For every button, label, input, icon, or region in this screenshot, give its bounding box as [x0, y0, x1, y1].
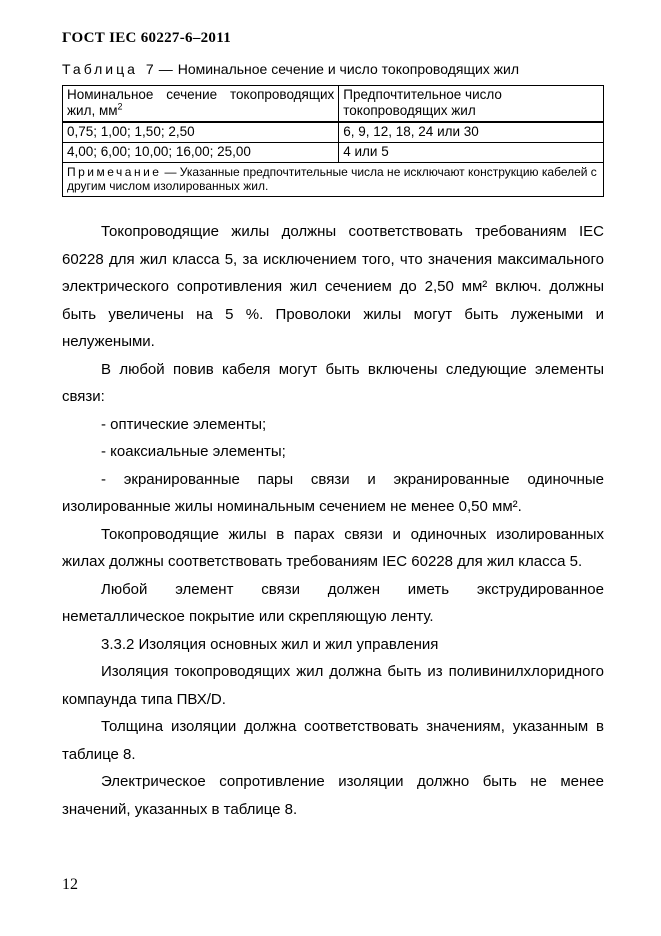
table-note-label: Примечание	[67, 165, 161, 179]
table-cell-sections-1: 0,75; 1,00; 1,50; 2,50	[63, 122, 339, 143]
document-page: { "header": { "doc_number": "ГОСТ IEC 60…	[0, 0, 661, 936]
table-cell-numbers-1: 6, 9, 12, 18, 24 или 30	[339, 122, 604, 143]
page-number: 12	[62, 876, 78, 894]
table-note-row: Примечание— Указанные предпочтительные ч…	[63, 163, 604, 197]
column-header-cross-section: Номинальное сечение токопроводящих жил, …	[63, 86, 339, 123]
body-text: Токопроводящие жилы должны соответствова…	[62, 218, 604, 823]
paragraph: Любой элемент связи должен иметь экструд…	[62, 576, 604, 631]
table-row: 0,75; 1,00; 1,50; 2,50 6, 9, 12, 18, 24 …	[63, 122, 604, 143]
paragraph: Изоляция токопроводящих жил должна быть …	[62, 658, 604, 713]
table-caption-word: Таблица	[62, 61, 138, 77]
table-caption-number: 7	[146, 61, 154, 77]
column-header-cross-section-text: Номинальное сечение токопроводящих жил, …	[67, 87, 334, 118]
table-row: 4,00; 6,00; 10,00; 16,00; 25,00 4 или 5	[63, 143, 604, 163]
table-caption-dash: —	[159, 61, 173, 77]
paragraph: Электрическое сопротивление изоляции дол…	[62, 768, 604, 823]
paragraph: В любой повив кабеля могут быть включены…	[62, 356, 604, 411]
superscript-2: 2	[118, 102, 123, 112]
page-content: ГОСТ IEC 60227-6–2011 Таблица7—Номинальн…	[62, 30, 604, 823]
sections-table: Номинальное сечение токопроводящих жил, …	[62, 85, 604, 197]
table-cell-sections-2: 4,00; 6,00; 10,00; 16,00; 25,00	[63, 143, 339, 163]
paragraph: Толщина изоляции должна соответствовать …	[62, 713, 604, 768]
table-cell-numbers-2: 4 или 5	[339, 143, 604, 163]
table-caption-title: Номинальное сечение и число токопроводящ…	[178, 61, 519, 77]
list-item: - экранированные пары связи и экранирова…	[62, 466, 604, 521]
table-caption: Таблица7—Номинальное сечение и число ток…	[62, 61, 604, 78]
column-header-preferred-number: Предпочтительное число токопроводящих жи…	[339, 86, 604, 123]
doc-number: ГОСТ IEC 60227-6–2011	[62, 30, 604, 47]
paragraph: Токопроводящие жилы должны соответствова…	[62, 218, 604, 356]
table-note: Примечание— Указанные предпочтительные ч…	[63, 163, 604, 197]
table-header-row: Номинальное сечение токопроводящих жил, …	[63, 86, 604, 123]
section-heading: 3.3.2 Изоляция основных жил и жил управл…	[62, 631, 604, 659]
list-item: - коаксиальные элементы;	[62, 438, 604, 466]
list-item: - оптические элементы;	[62, 411, 604, 439]
paragraph: Токопроводящие жилы в парах связи и один…	[62, 521, 604, 576]
